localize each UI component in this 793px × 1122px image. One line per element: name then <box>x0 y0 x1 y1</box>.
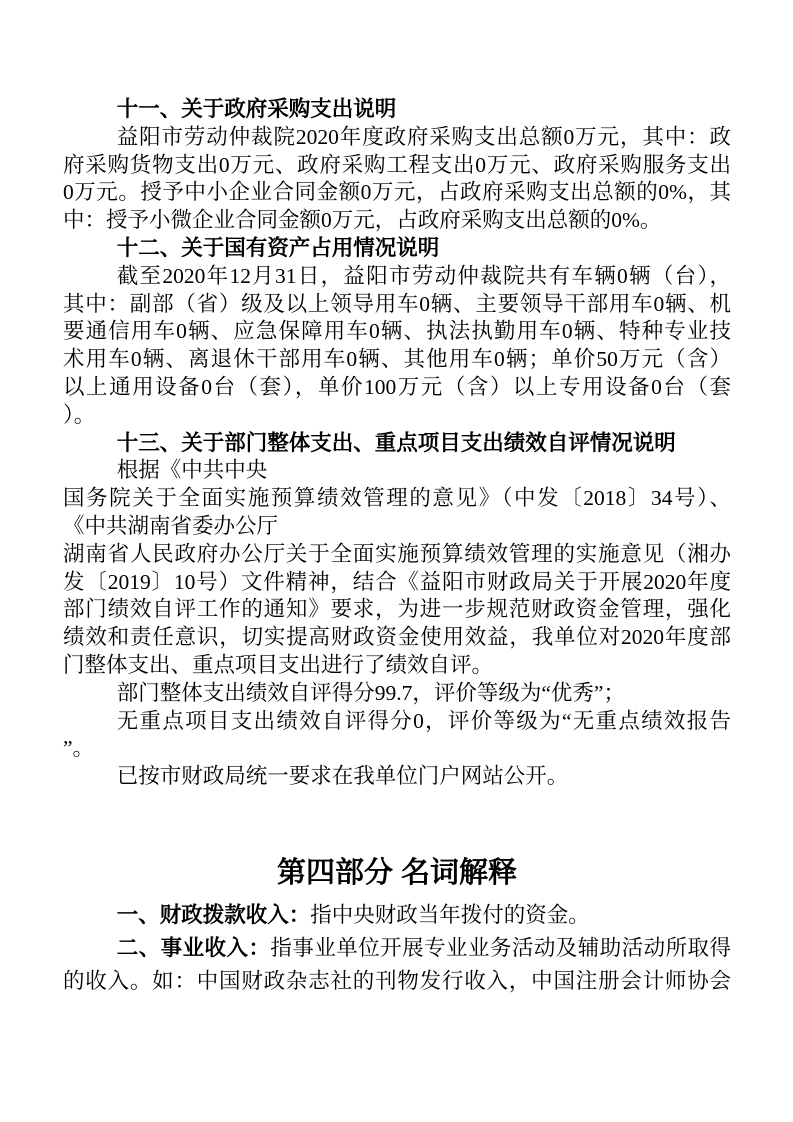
text-line: 已按市财政局统一要求在我单位门户网站公开。 <box>63 763 731 791</box>
text-line: 要通信用车0辆、应急保障用车0辆、执法执勤用车0辆、特种专业技 <box>63 318 731 346</box>
glossary-definition: 指中央财政当年拨付的资金。 <box>310 903 590 927</box>
part-four-title: 第四部分 名词解释 <box>63 855 731 891</box>
paragraph: 根据《中共中央 国务院关于全面实施预算绩效管理的意见》（中发〔2018〕34号）… <box>63 457 731 679</box>
glossary-definition: 指事业单位开展专业业务活动及辅助活动所取得 <box>270 936 731 960</box>
text-line: 门整体支出、重点项目支出进行了绩效自评。 <box>63 652 731 680</box>
paragraph: 部门整体支出绩效自评得分99.7，评价等级为“优秀”； <box>63 680 731 708</box>
text-line: 截至2020年12月31日，益阳市劳动仲裁院共有车辆0辆（台）， <box>63 263 731 291</box>
text-line: 府采购货物支出0万元、政府采购工程支出0万元、政府采购服务支出 <box>63 152 731 180</box>
text-line: 绩效和责任意识，切实提高财政资金使用效益，我单位对2020年度部 <box>63 624 731 652</box>
section-heading: 十三、关于部门整体支出、重点项目支出绩效自评情况说明 <box>63 430 731 458</box>
text-line: 0万元。授予中小企业合同金额0万元，占政府采购支出总额的0%，其 <box>63 179 731 207</box>
text-line: 中：授予小微企业合同金额0万元，占政府采购支出总额的0%。 <box>63 207 731 235</box>
glossary-term: 二、事业收入： <box>117 936 271 960</box>
section-heading: 十一、关于政府采购支出说明 <box>63 96 731 124</box>
paragraph: 无重点项目支出绩效自评得分0，评价等级为“无重点绩效报告 ”。 <box>63 708 731 764</box>
text-line: 无重点项目支出绩效自评得分0，评价等级为“无重点绩效报告 <box>63 708 731 736</box>
text-line: 发〔2019〕10号）文件精神，结合《益阳市财政局关于开展2020年度 <box>63 569 731 597</box>
text-line: 部门绩效自评工作的通知》要求，为进一步规范财政资金管理，强化 <box>63 596 731 624</box>
text-line: ”。 <box>63 735 731 763</box>
glossary-term: 一、财政拨款收入： <box>117 903 311 927</box>
document-content: 十一、关于政府采购支出说明 益阳市劳动仲裁院2020年度政府采购支出总额0万元，… <box>63 96 731 998</box>
text-line: 部门整体支出绩效自评得分99.7，评价等级为“优秀”； <box>63 680 731 708</box>
paragraph: 已按市财政局统一要求在我单位门户网站公开。 <box>63 763 731 791</box>
paragraph: 益阳市劳动仲裁院2020年度政府采购支出总额0万元，其中：政 府采购货物支出0万… <box>63 124 731 235</box>
text-line: 湖南省人民政府办公厅关于全面实施预算绩效管理的实施意见（湘办 <box>63 541 731 569</box>
text-line: 益阳市劳动仲裁院2020年度政府采购支出总额0万元，其中：政 <box>63 124 731 152</box>
section-gov-procurement-expenditure: 十一、关于政府采购支出说明 益阳市劳动仲裁院2020年度政府采购支出总额0万元，… <box>63 96 731 235</box>
text-line: 《中共湖南省委办公厅 <box>63 513 731 541</box>
paragraph: 截至2020年12月31日，益阳市劳动仲裁院共有车辆0辆（台）， 其中：副部（省… <box>63 263 731 430</box>
text-line: ）。 <box>63 402 731 430</box>
section-heading: 十二、关于国有资产占用情况说明 <box>63 235 731 263</box>
section-performance-self-evaluation: 十三、关于部门整体支出、重点项目支出绩效自评情况说明 根据《中共中央 国务院关于… <box>63 430 731 791</box>
text-line: 一、财政拨款收入：指中央财政当年拨付的资金。 <box>63 899 731 932</box>
text-line: 的收入。如：中国财政杂志社的刊物发行收入，中国注册会计师协会 <box>63 965 731 998</box>
text-line: 根据《中共中央 <box>63 457 731 485</box>
text-line: 国务院关于全面实施预算绩效管理的意见》（中发〔2018〕34号）、 <box>63 485 731 513</box>
part-four-glossary: 第四部分 名词解释 一、财政拨款收入：指中央财政当年拨付的资金。 二、事业收入：… <box>63 855 731 998</box>
text-line: 二、事业收入：指事业单位开展专业业务活动及辅助活动所取得 <box>63 932 731 965</box>
section-state-assets-occupancy: 十二、关于国有资产占用情况说明 截至2020年12月31日，益阳市劳动仲裁院共有… <box>63 235 731 430</box>
glossary-item: 一、财政拨款收入：指中央财政当年拨付的资金。 <box>63 899 731 932</box>
text-line: 其中：副部（省）级及以上领导用车0辆、主要领导干部用车0辆、机 <box>63 291 731 319</box>
glossary-item: 二、事业收入：指事业单位开展专业业务活动及辅助活动所取得 的收入。如：中国财政杂… <box>63 932 731 998</box>
text-line: 术用车0辆、离退休干部用车0辆、其他用车0辆；单价50万元（含） <box>63 346 731 374</box>
text-line: 以上通用设备0台（套），单价100万元（含）以上专用设备0台（套 <box>63 374 731 402</box>
